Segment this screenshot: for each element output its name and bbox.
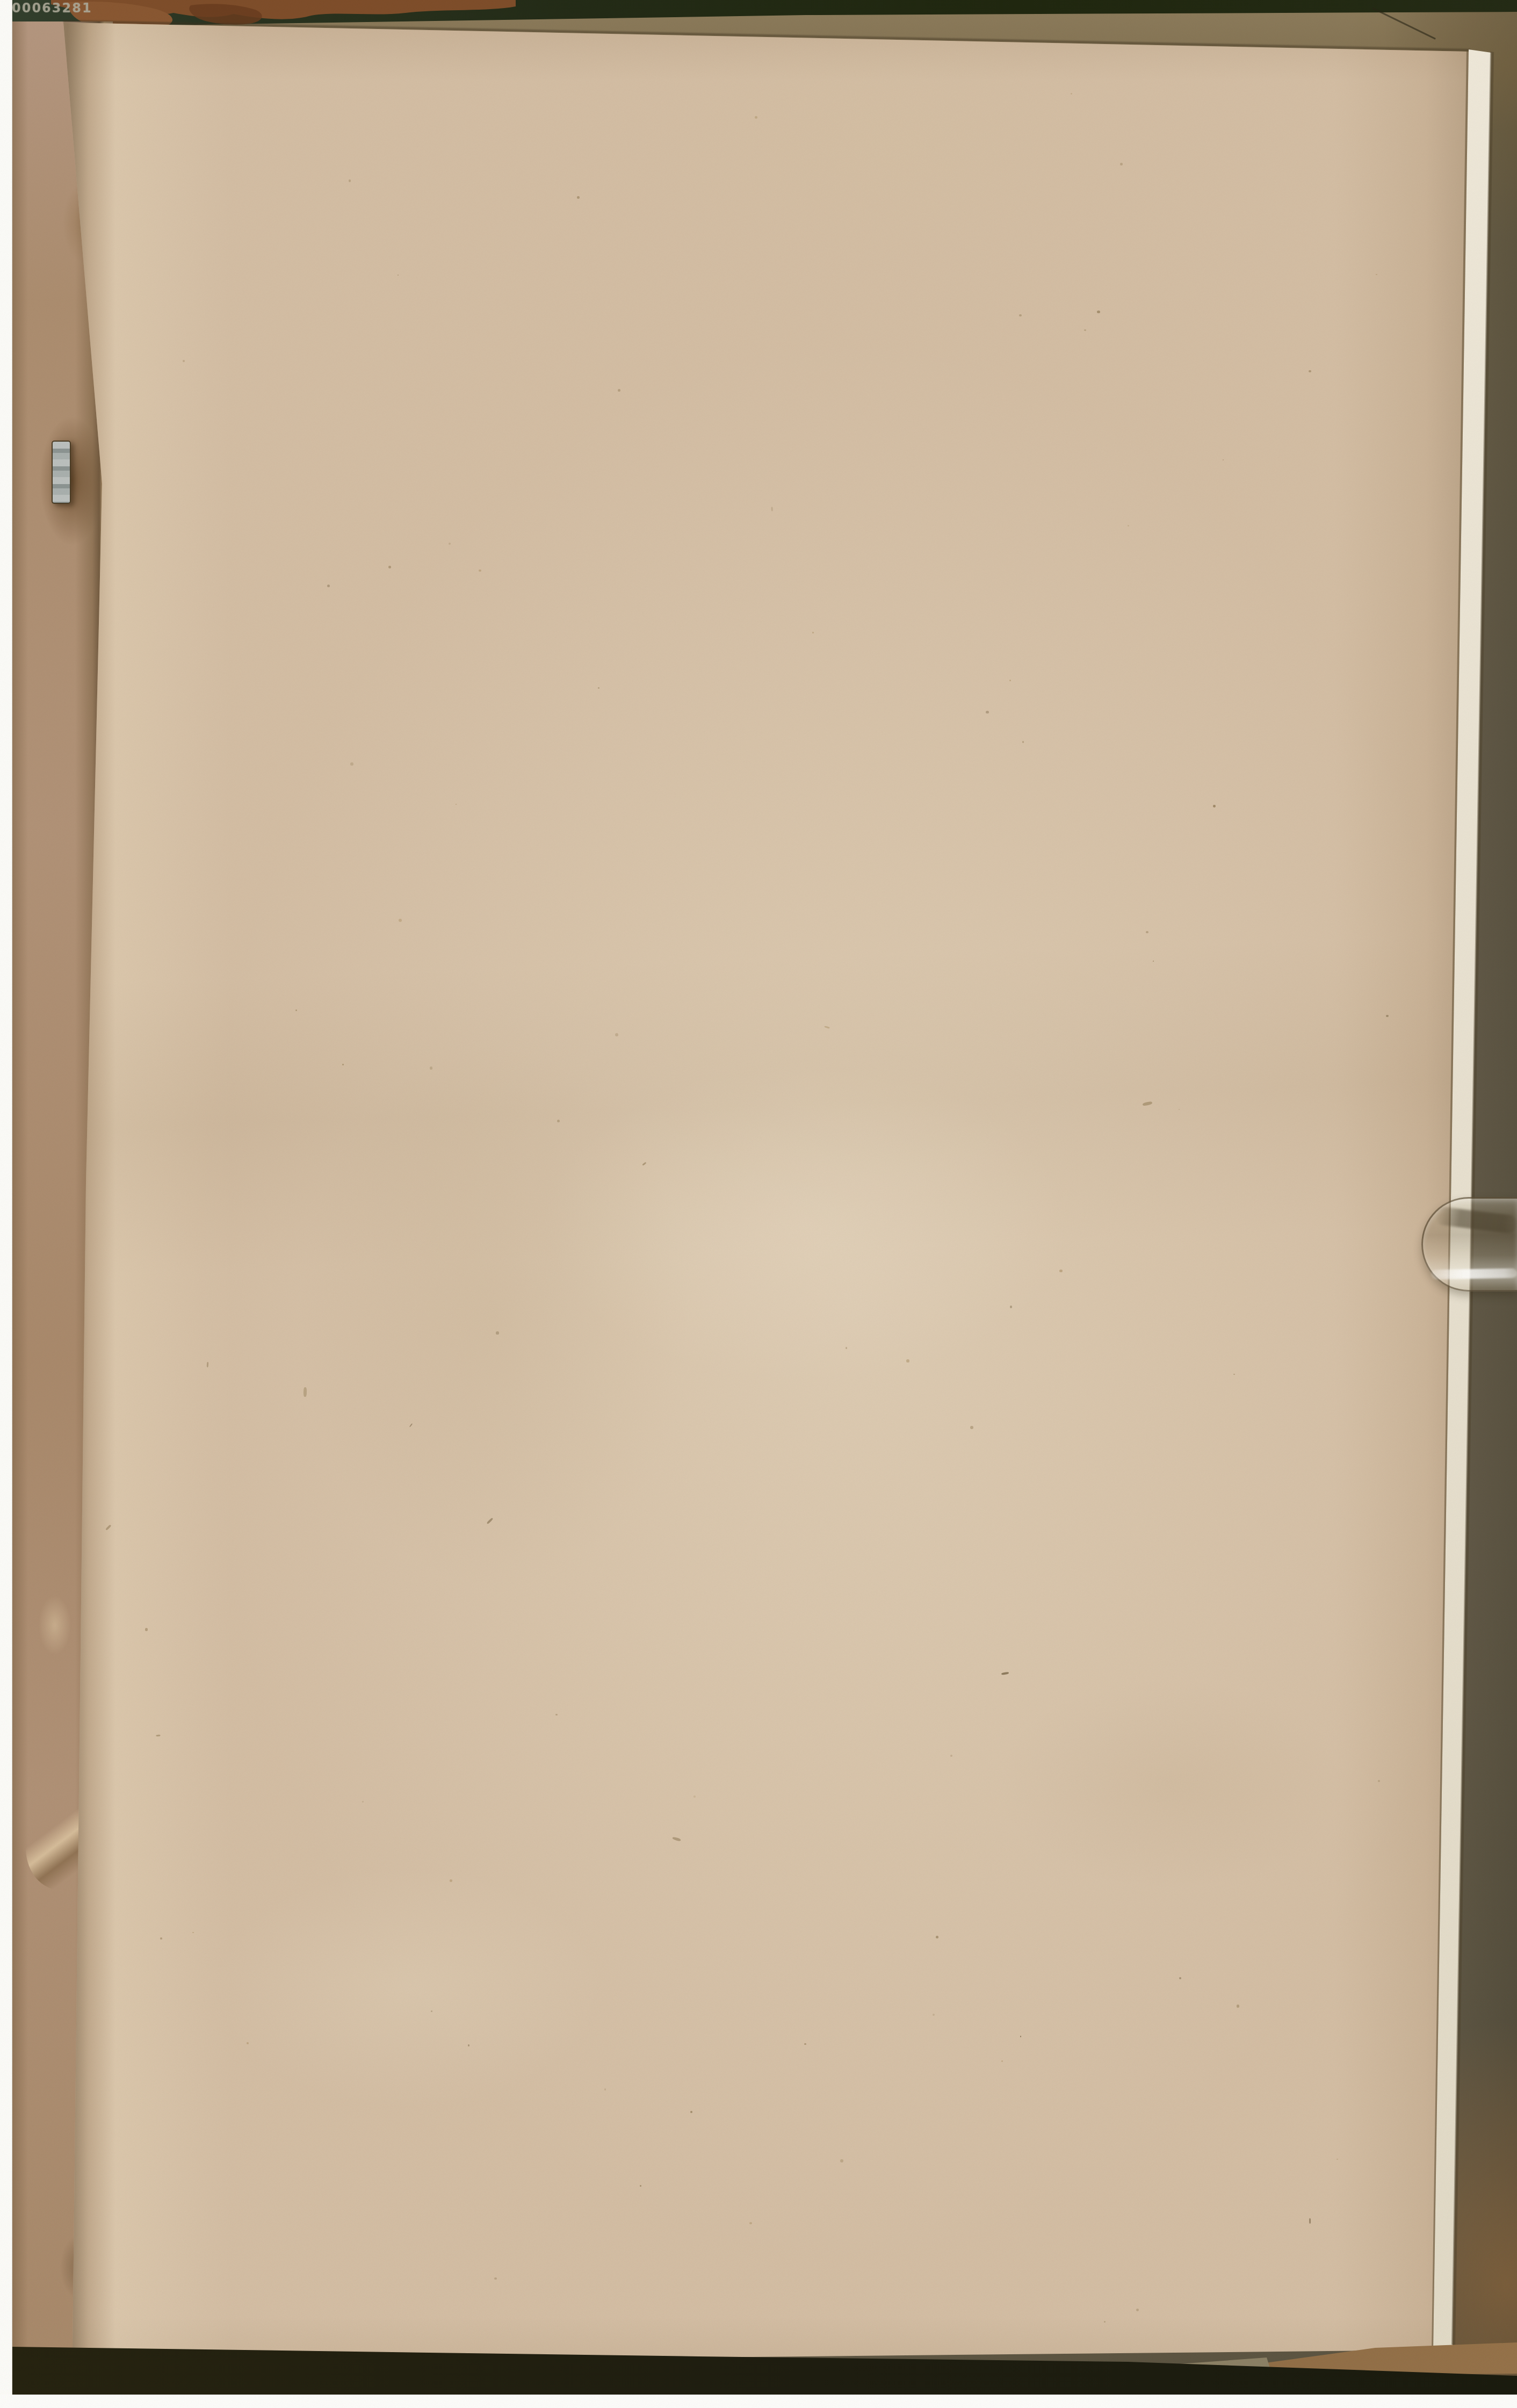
paper-speck <box>106 1524 112 1530</box>
paper-speck <box>933 2014 935 2016</box>
staple-fragment <box>52 441 71 504</box>
paper-speck <box>936 1936 938 1938</box>
paper-speck <box>906 1359 909 1362</box>
paper-speck <box>1001 2060 1003 2062</box>
paper-speck <box>362 1801 364 1803</box>
paper-speck <box>1146 931 1148 933</box>
paper-speck <box>970 1426 973 1429</box>
paper-speck <box>577 196 580 199</box>
paper-speck <box>618 389 620 392</box>
paper-speck <box>487 1518 494 1525</box>
paper-speck <box>1378 1780 1380 1782</box>
paper-speck <box>1022 741 1024 743</box>
paper-speck <box>950 1755 952 1757</box>
paper-speck <box>350 762 353 766</box>
paper-speck <box>449 543 451 545</box>
paper-speck <box>1233 1374 1235 1375</box>
paper-speck <box>1237 2005 1239 2007</box>
paper-speck <box>755 116 757 119</box>
clip-reflection-highlight <box>1431 1268 1517 1280</box>
paper-speck <box>604 2088 606 2090</box>
paper-specks <box>0 0 1517 2408</box>
paper-speck <box>342 1064 343 1065</box>
paper-speck <box>450 1879 452 1882</box>
paper-speck <box>1136 2309 1139 2311</box>
paper-speck <box>694 1796 695 1797</box>
paper-speck <box>1386 1015 1389 1018</box>
paper-speck <box>1059 1270 1063 1273</box>
paper-speck <box>1010 1306 1012 1308</box>
paper-speck <box>388 566 391 568</box>
paper-speck <box>468 2044 469 2046</box>
paper-speck <box>672 1837 681 1842</box>
paper-speck <box>183 360 185 362</box>
paper-speck <box>1084 329 1086 331</box>
paper-speck <box>1019 314 1022 317</box>
paper-speck <box>640 2185 642 2187</box>
paper-speck <box>409 1424 413 1428</box>
scanner-margin-bottom <box>0 2395 1517 2408</box>
paper-speck <box>430 1066 432 1069</box>
paper-speck <box>145 1628 148 1631</box>
paper-speck <box>1120 163 1122 165</box>
paper-speck <box>557 1120 560 1122</box>
paper-speck <box>1376 274 1377 276</box>
paper-speck <box>1179 1977 1181 1979</box>
paper-speck <box>1071 93 1072 95</box>
paper-speck <box>349 179 351 182</box>
page-holder-clip <box>1421 1197 1517 1292</box>
paper-speck <box>156 1734 161 1736</box>
paper-speck <box>1309 2218 1311 2224</box>
paper-speck <box>1213 805 1216 808</box>
paper-speck <box>327 585 330 587</box>
paper-speck <box>494 2277 496 2280</box>
paper-speck <box>824 1026 829 1029</box>
paper-speck <box>207 1362 209 1367</box>
paper-speck <box>247 2042 249 2044</box>
paper-speck <box>1223 459 1224 460</box>
paper-speck <box>642 1162 646 1166</box>
paper-speck <box>615 1033 618 1036</box>
paper-speck <box>1009 680 1011 681</box>
paper-speck <box>456 804 457 805</box>
paper-speck <box>690 2111 692 2113</box>
paper-speck <box>431 2010 432 2012</box>
paper-speck <box>846 1347 847 1349</box>
paper-speck <box>496 1331 499 1334</box>
paper-speck <box>399 919 402 922</box>
paper-speck <box>749 2222 752 2224</box>
book-scan: 00063281 <box>0 0 1517 2408</box>
paper-speck <box>598 687 599 689</box>
paper-speck <box>304 1387 307 1397</box>
digitization-id-stamp: 00063281 <box>12 1 92 16</box>
paper-speck <box>1097 311 1100 314</box>
paper-speck <box>295 1010 297 1011</box>
paper-speck <box>771 507 773 511</box>
paper-speck <box>1020 2036 1021 2037</box>
paper-speck <box>1337 2159 1338 2160</box>
scanner-margin-left <box>0 0 12 2408</box>
paper-speck <box>986 711 988 713</box>
paper-speck <box>1128 525 1129 527</box>
paper-speck <box>1309 370 1311 372</box>
paper-speck <box>1153 961 1154 962</box>
paper-speck <box>479 569 481 572</box>
paper-speck <box>812 632 814 633</box>
paper-speck <box>398 275 399 276</box>
paper-speck <box>1104 2321 1106 2323</box>
paper-speck <box>160 1937 162 1940</box>
paper-speck <box>1142 1101 1152 1106</box>
paper-speck <box>1001 1671 1009 1675</box>
staple-rust-smear <box>40 416 104 545</box>
paper-speck <box>840 2159 843 2162</box>
paper-speck <box>555 1714 558 1716</box>
wear-spot <box>39 1596 71 1655</box>
paper-speck <box>192 1932 193 1933</box>
paper-speck <box>1179 1109 1180 1111</box>
paper-speck <box>804 2043 806 2045</box>
